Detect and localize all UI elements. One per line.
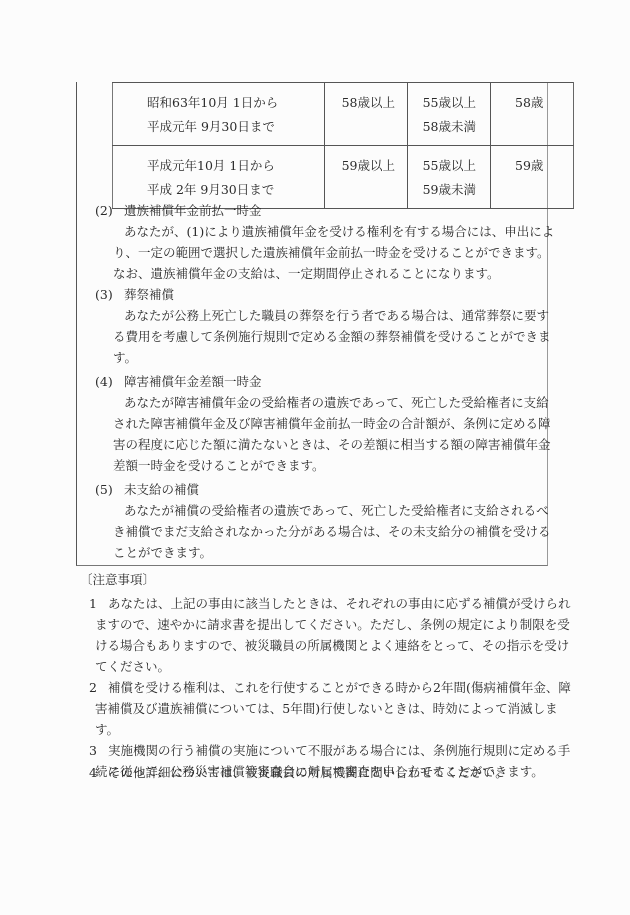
table-row: 昭和63年10月 1日から 平成元年 9月30日まで 58歳以上 55歳以上 5… [113,83,574,146]
body-line: ことができます。 [113,542,545,563]
age-range-from: 55歳以上 [408,91,476,115]
body-line: き補償でまだ支給されなかった分がある場合は、その未支給分の補償を受ける [113,521,545,542]
section-title: 障害補償年金差額一時金 [124,371,262,392]
note-item: 4その他詳細については、被災職員の所属機関に問い合わせてください。 [89,762,559,783]
section-number: (3) [95,284,124,305]
body-line: あなたが障害補償年金の受給権者の遺族であって、死亡した受給権者に支給 [113,392,545,413]
section-title: 遺族補償年金前払一時金 [124,200,262,221]
period-start: 平成元年10月 1日から [147,154,324,178]
body-line: る費用を考慮して条例施行規則で定める金額の葬祭補償を受けることができま [113,326,545,347]
period-cell: 昭和63年10月 1日から 平成元年 9月30日まで [113,83,325,146]
section-heading: (3) 葬祭補償 [95,284,545,305]
note-number: 1 [89,593,108,614]
section-body: あなたが公務上死亡した職員の葬祭を行う者である場合は、通常葬祭に要す る費用を考… [95,305,545,368]
section-number: (5) [95,479,124,500]
period-end: 平成元年 9月30日まで [147,115,324,139]
note-line: ますので、速やかに請求書を提出してください。ただし、条例の規定により制限を受 [89,614,559,635]
note-number: 2 [89,677,108,698]
notes-heading: 〔注意事項〕 [80,569,155,590]
age-cell: 58歳以上 [325,83,408,146]
body-line: す。 [113,347,545,368]
section-body: あなたが補償の受給権者の遺族であって、死亡した受給権者に支給されるべ き補償でま… [95,500,545,563]
section-title: 葬祭補償 [124,284,174,305]
age-range-from: 55歳以上 [408,154,476,178]
section-unpaid-compensation: (5) 未支給の補償 あなたが補償の受給権者の遺族であって、死亡した受給権者に支… [95,479,545,563]
age-value-text: 58歳 [515,91,573,115]
section-heading: (4) 障害補償年金差額一時金 [95,371,545,392]
note-line: ける場合もありますので、被災職員の所属機関とよく連絡をとって、その指示を受け [89,635,559,656]
note-number: 4 [89,762,108,783]
note-item: 1あなたは、上記の事由に該当したときは、それぞれの事由に応ずる補償が受けられ ま… [89,593,559,677]
age-requirement-table: 昭和63年10月 1日から 平成元年 9月30日まで 58歳以上 55歳以上 5… [112,82,574,209]
note-line: 害補償及び遺族補償については、5年間)行使しないときは、時効によって消滅しま [89,698,559,719]
note-line: 補償を受ける権利は、これを行使することができる時から2年間(傷病補償年金、障 [108,680,571,695]
section-body: あなたが、(1)により遺族補償年金を受ける権利を有する場合には、申出によ り、一… [95,221,545,284]
period-start: 昭和63年10月 1日から [147,91,324,115]
body-line: り、一定の範囲で選択した遺族補償年金前払一時金を受けることができます。 [113,242,545,263]
note-item: 2補償を受ける権利は、これを行使することができる時から2年間(傷病補償年金、障 … [89,677,559,740]
period-end: 平成 2年 9月30日まで [147,178,324,202]
age-range-cell: 55歳以上 58歳未満 [408,83,491,146]
body-line: あなたが公務上死亡した職員の葬祭を行う者である場合は、通常葬祭に要す [113,305,545,326]
note-line: 実施機関の行う補償の実施について不服がある場合には、条例施行規則に定める手 [108,743,570,758]
section-title: 未支給の補償 [124,479,199,500]
body-line: あなたが、(1)により遺族補償年金を受ける権利を有する場合には、申出によ [113,221,545,242]
section-disability-difference-lump-sum: (4) 障害補償年金差額一時金 あなたが障害補償年金の受給権者の遺族であって、死… [95,371,545,476]
section-body: あなたが障害補償年金の受給権者の遺族であって、死亡した受給権者に支給 された障害… [95,392,545,476]
body-line: された障害補償年金及び障害補償年金前払一時金の合計額が、条例に定める障 [113,413,545,434]
body-line: なお、遺族補償年金の支給は、一定期間停止されることになります。 [113,263,545,284]
age-range-to: 59歳未満 [408,178,476,202]
section-heading: (5) 未支給の補償 [95,479,545,500]
note-line: その他詳細については、被災職員の所属機関に問い合わせてください。 [108,765,508,780]
note-line: あなたは、上記の事由に該当したときは、それぞれの事由に応ずる補償が受けられ [108,596,571,611]
note-number: 3 [89,740,108,761]
body-line: 差額一時金を受けることができます。 [113,455,545,476]
section-number: (2) [95,200,124,221]
section-number: (4) [95,371,124,392]
note-line: てください。 [89,656,559,677]
age-range-to: 58歳未満 [408,115,476,139]
age-value-text: 59歳 [515,154,573,178]
age-value-cell: 58歳 [491,83,574,146]
section-heading: (2) 遺族補償年金前払一時金 [95,200,545,221]
section-survivor-lump-sum: (2) 遺族補償年金前払一時金 あなたが、(1)により遺族補償年金を受ける権利を… [95,200,545,284]
age-min-text: 59歳以上 [325,154,395,178]
note-line: す。 [89,719,559,740]
body-line: 害の程度に応じた額に満たないときは、その差額に相当する額の障害補償年金 [113,434,545,455]
body-line: あなたが補償の受給権者の遺族であって、死亡した受給権者に支給されるべ [113,500,545,521]
section-funeral-compensation: (3) 葬祭補償 あなたが公務上死亡した職員の葬祭を行う者である場合は、通常葬祭… [95,284,545,368]
age-min-text: 58歳以上 [325,91,395,115]
